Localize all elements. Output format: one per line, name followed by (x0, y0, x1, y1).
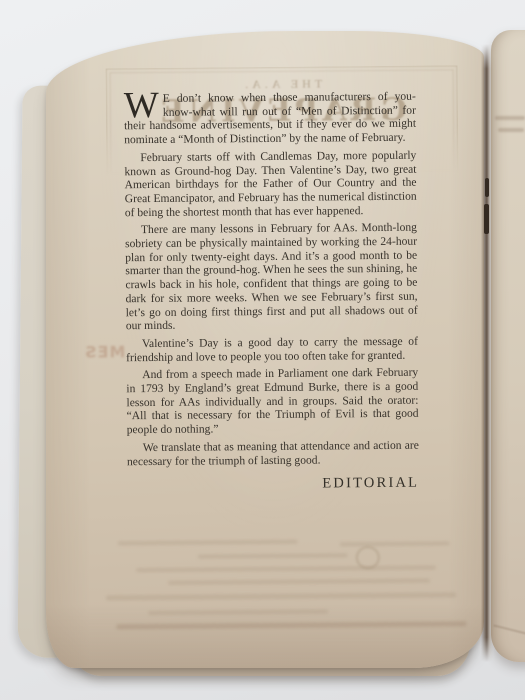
spine-gutter (481, 44, 493, 662)
ghost-text-line (198, 553, 348, 558)
ghost-text-line (118, 540, 298, 546)
ghost-text-line (136, 566, 436, 573)
editorial-paragraph: Valentine’s Day is a good day to carry t… (126, 335, 418, 365)
right-page (491, 30, 525, 662)
photo-backdrop: THE A.A. GRAPEVINE MES WE don’t know whe… (0, 0, 525, 700)
drop-cap: W (124, 92, 163, 118)
editorial-paragraph: There are many lessons in February for A… (125, 221, 418, 333)
showthrough-fragment: MES (84, 342, 126, 361)
ghost-text-line (106, 592, 456, 600)
ghost-text-line (116, 621, 466, 629)
editorial-body: WE don’t know when those manufacturers o… (124, 90, 420, 498)
editorial-paragraph: And from a speech made in Parliament one… (126, 366, 419, 437)
left-page: THE A.A. GRAPEVINE MES WE don’t know whe… (46, 31, 484, 668)
staple (484, 204, 489, 234)
page-content: THE A.A. GRAPEVINE MES WE don’t know whe… (43, 29, 487, 670)
editorial-signature: EDITORIAL (127, 477, 419, 493)
right-page-showthrough (495, 116, 525, 120)
ghost-circle-mark (356, 546, 380, 569)
editorial-paragraph: We translate that as meaning that attend… (127, 439, 419, 469)
editorial-paragraph: February starts off with Candlemas Day, … (124, 148, 417, 219)
right-page-showthrough (498, 128, 524, 132)
ghost-text-line (148, 609, 328, 615)
ghost-text-line (340, 541, 450, 546)
editorial-paragraph: WE don’t know when those manufacturers o… (124, 90, 416, 147)
ghost-text-line (168, 579, 430, 585)
editorial-paragraph-text: E don’t know when those manufacturers of… (124, 90, 416, 147)
staple (485, 178, 489, 197)
page-crease (493, 624, 525, 637)
